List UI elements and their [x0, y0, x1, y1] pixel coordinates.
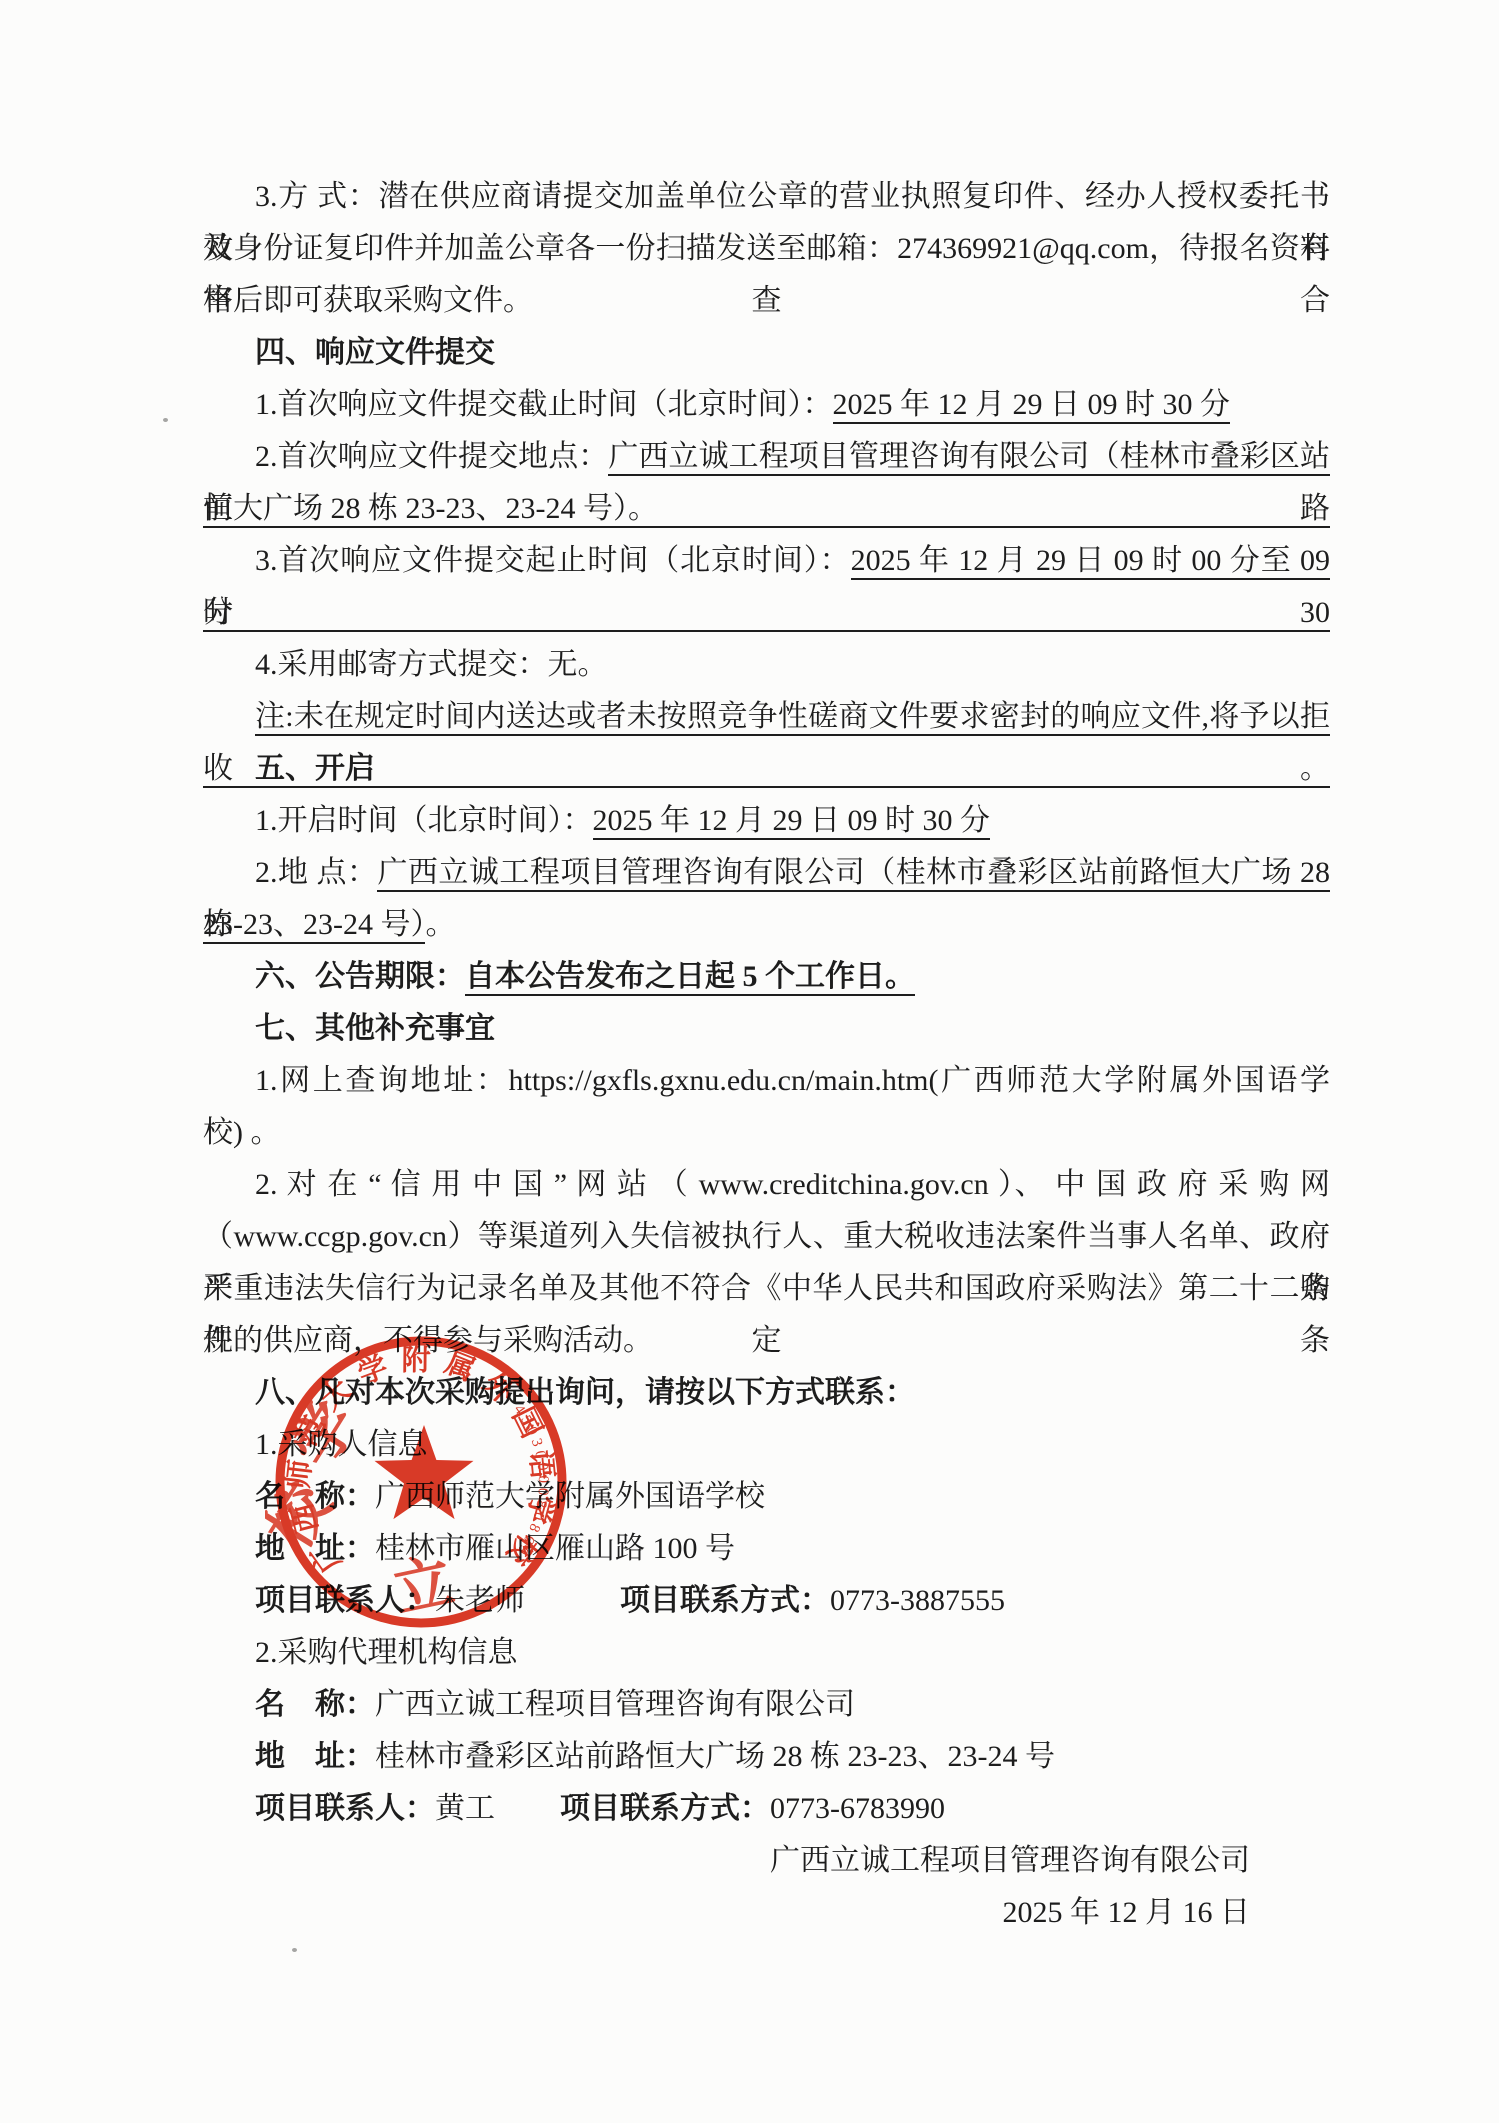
agent-phone-number: 0773-6783990: [770, 1792, 945, 1825]
scan-artifact-dot: [163, 418, 168, 422]
s5-2-period: 。: [425, 908, 455, 941]
line-s5-1: 1.开启时间（北京时间）：2025 年 12 月 29 日 09 时 30 分: [203, 795, 1330, 847]
line-agent-name: 名 称：广西立诚工程项目管理咨询有限公司: [203, 1679, 1330, 1731]
s5-1-label: 1.开启时间（北京时间）：: [255, 804, 593, 837]
heading-section-4-text: 四、响应文件提交: [255, 336, 495, 369]
line-s4-2: 2.首次响应文件提交地点：广西立诚工程项目管理咨询有限公司（桂林市叠彩区站前路: [203, 431, 1330, 483]
heading-section-7: 七、其他补充事宜: [203, 1003, 1330, 1055]
scanned-procurement-notice-page: 3.方 式：潜在供应商请提交加盖单位公章的营业执照复印件、经办人授权委托书及有 …: [0, 0, 1499, 2123]
agent-phone-label: 项目联系方式：: [560, 1792, 770, 1825]
agent-contact-name: 黄工: [435, 1792, 495, 1825]
s7-1b-text: 校) 。: [203, 1116, 281, 1149]
buyer-phone-group: 项目联系方式：0773-3887555: [620, 1575, 1005, 1627]
heading-section-7-text: 七、其他补充事宜: [255, 1012, 495, 1045]
signature-company-text: 广西立诚工程项目管理咨询有限公司: [770, 1844, 1250, 1877]
seal-ghost-char-3: 立: [387, 1548, 459, 1625]
line-method-1: 3.方 式：潜在供应商请提交加盖单位公章的营业执照复印件、经办人授权委托书及有: [203, 171, 1330, 223]
heading-section-5-text: 五、开启: [255, 752, 375, 785]
document-body: 3.方 式：潜在供应商请提交加盖单位公章的营业执照复印件、经办人授权委托书及有 …: [203, 171, 1330, 1939]
h6-duration: 自本公告发布之日起 5 个工作日。: [465, 960, 915, 996]
heading-section-6: 六、公告期限：自本公告发布之日起 5 个工作日。: [203, 951, 1330, 1003]
agent-phone-group: 项目联系方式：0773-6783990: [560, 1783, 945, 1835]
line-s7-2c: 严重违法失信行为记录名单及其他不符合《中华人民共和国政府采购法》第二十二条规定条: [203, 1263, 1330, 1315]
agent-name-value: 广西立诚工程项目管理咨询有限公司: [375, 1688, 855, 1721]
line-s7-1b: 校) 。: [203, 1107, 1330, 1159]
buyer-phone-label: 项目联系方式：: [620, 1584, 830, 1617]
s4-2-label: 2.首次响应文件提交地点：: [255, 440, 608, 473]
s7-1a-text: 1.网上查询地址：https://gxfls.gxnu.edu.cn/main.…: [255, 1064, 1330, 1097]
line-note: 注:未在规定时间内送达或者未按照竞争性磋商文件要求密封的响应文件,将予以拒收。: [203, 691, 1330, 743]
s4-1-label: 1.首次响应文件提交截止时间（北京时间）：: [255, 388, 833, 421]
s4-2-place-cont: 恒大广场 28 栋 23-23、23-24 号）: [203, 492, 628, 528]
s4-4-text: 4.采用邮寄方式提交：无。: [255, 648, 608, 681]
signature-company: 广西立诚工程项目管理咨询有限公司: [203, 1835, 1330, 1887]
s4-3-label: 3.首次响应文件提交起止时间（北京时间）：: [255, 544, 851, 577]
agent-addr-value: 桂林市叠彩区站前路恒大广场 28 栋 23-23、23-24 号: [375, 1740, 1055, 1773]
scan-artifact-dot: [292, 1948, 297, 1952]
s4-2-period: 。: [628, 492, 658, 525]
signature-date: 2025 年 12 月 16 日: [203, 1887, 1330, 1939]
line-s4-2-cont: 恒大广场 28 栋 23-23、23-24 号）。: [203, 483, 1330, 535]
agent-addr-label: 地 址：: [255, 1740, 375, 1773]
s7-2a-text: 2. 对 在 “ 信 用 中 国 ” 网 站 （ www.creditchina…: [255, 1168, 1330, 1201]
s4-3-timerange-cont: 分: [203, 596, 233, 632]
heading-section-4: 四、响应文件提交: [203, 327, 1330, 379]
s4-1-deadline: 2025 年 12 月 29 日 09 时 30 分: [833, 388, 1231, 424]
official-seal-stamp: 广西师范大学附属外国语学校 4503000080869 学 校 立: [265, 1326, 585, 1646]
line-s4-3-cont: 分: [203, 587, 1330, 639]
line-s4-1: 1.首次响应文件提交截止时间（北京时间）：2025 年 12 月 29 日 09…: [203, 379, 1330, 431]
agent-name-label: 名 称：: [255, 1688, 375, 1721]
line-s7-2b: （www.ccgp.gov.cn）等渠道列入失信被执行人、重大税收违法案件当事人…: [203, 1211, 1330, 1263]
line-method-2: 效身份证复印件并加盖公章各一份扫描发送至邮箱：274369921@qq.com，…: [203, 223, 1330, 275]
text-method-3: 格后即可获取采购文件。: [203, 284, 533, 317]
line-s4-4: 4.采用邮寄方式提交：无。: [203, 639, 1330, 691]
s5-2-place-cont: 23-23、23-24 号）: [203, 908, 425, 944]
s5-1-opening-time: 2025 年 12 月 29 日 09 时 30 分: [593, 804, 991, 840]
s5-2-label: 2.地 点：: [255, 856, 377, 889]
line-method-3: 格后即可获取采购文件。: [203, 275, 1330, 327]
buyer-phone-number: 0773-3887555: [830, 1584, 1005, 1617]
line-s5-2-cont: 23-23、23-24 号）。: [203, 899, 1330, 951]
line-s4-3: 3.首次响应文件提交起止时间（北京时间）：2025 年 12 月 29 日 09…: [203, 535, 1330, 587]
line-s5-2: 2.地 点：广西立诚工程项目管理咨询有限公司（桂林市叠彩区站前路恒大广场 28 …: [203, 847, 1330, 899]
star-icon: [375, 1425, 474, 1519]
line-s7-2a: 2. 对 在 “ 信 用 中 国 ” 网 站 （ www.creditchina…: [203, 1159, 1330, 1211]
signature-date-text: 2025 年 12 月 16 日: [1003, 1896, 1251, 1929]
h6-label: 六、公告期限：: [255, 960, 465, 993]
line-agent-addr: 地 址：桂林市叠彩区站前路恒大广场 28 栋 23-23、23-24 号: [203, 1731, 1330, 1783]
line-s7-1a: 1.网上查询地址：https://gxfls.gxnu.edu.cn/main.…: [203, 1055, 1330, 1107]
line-agent-contact: 项目联系人：黄工 项目联系方式：0773-6783990: [203, 1783, 1330, 1835]
agent-contact-label: 项目联系人：: [255, 1792, 435, 1825]
heading-section-5: 五、开启: [203, 743, 1330, 795]
